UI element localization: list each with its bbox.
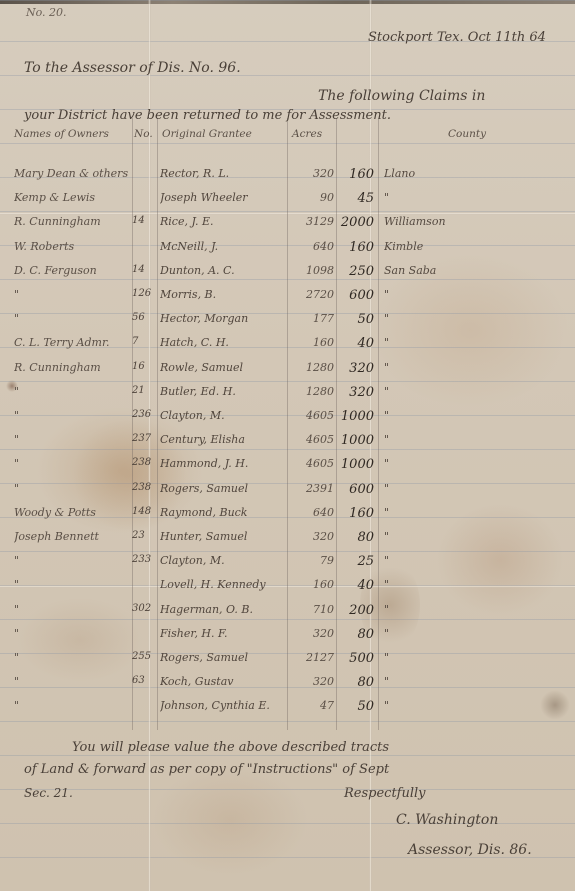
- claim-number: 14: [132, 264, 156, 275]
- valuation: 200: [338, 603, 374, 618]
- county: ": [384, 675, 564, 688]
- acres: 320: [290, 627, 334, 640]
- header-original-grantee: Original Grantee: [162, 128, 252, 140]
- original-grantee: Hammond, J. H.: [160, 457, 290, 470]
- acres: 3129: [290, 215, 334, 228]
- header-owner: Names of Owners: [14, 128, 109, 140]
- county: ": [384, 312, 564, 325]
- claim-number: 148: [132, 506, 156, 517]
- acres: 2127: [290, 651, 334, 664]
- owner-name: C. L. Terry Admr.: [14, 336, 132, 349]
- owner-name: ": [14, 651, 132, 664]
- valuation: 25: [338, 554, 374, 569]
- valuation: 2000: [338, 215, 374, 230]
- owner-name: ": [14, 627, 132, 640]
- valuation: 50: [338, 312, 374, 327]
- county: ": [384, 651, 564, 664]
- claim-number: 16: [132, 361, 156, 372]
- valuation: 80: [338, 627, 374, 642]
- owner-name: ": [14, 699, 132, 712]
- valuation: 45: [338, 191, 374, 206]
- acres: 4605: [290, 409, 334, 422]
- acres: 2720: [290, 288, 334, 301]
- valuation: 160: [338, 167, 374, 182]
- closing-line-3: Sec. 21.: [24, 786, 73, 800]
- claim-number: 7: [132, 336, 156, 347]
- valuation: 500: [338, 651, 374, 666]
- valuation: 40: [338, 578, 374, 593]
- original-grantee: McNeill, J.: [160, 240, 290, 253]
- claim-number: 238: [132, 457, 156, 468]
- acres: 160: [290, 336, 334, 349]
- owner-name: R. Cunningham: [14, 215, 132, 228]
- acres: 1280: [290, 361, 334, 374]
- valuation: 250: [338, 264, 374, 279]
- original-grantee: Raymond, Buck: [160, 506, 290, 519]
- original-grantee: Hector, Morgan: [160, 312, 290, 325]
- original-grantee: Lovell, H. Kennedy: [160, 578, 290, 591]
- original-grantee: Rogers, Samuel: [160, 651, 290, 664]
- intro-line-1: The following Claims in: [318, 88, 485, 104]
- intro-line-2: your District have been returned to me f…: [24, 108, 391, 123]
- owner-name: ": [14, 675, 132, 688]
- valuation: 320: [338, 361, 374, 376]
- signature: C. Washington: [396, 812, 498, 828]
- owner-name: ": [14, 288, 132, 301]
- salutation: To the Assessor of Dis. No. 96.: [24, 60, 241, 76]
- original-grantee: Rogers, Samuel: [160, 482, 290, 495]
- valuation: 80: [338, 530, 374, 545]
- original-grantee: Butler, Ed. H.: [160, 385, 290, 398]
- acres: 160: [290, 578, 334, 591]
- county: Kimble: [384, 240, 564, 253]
- owner-name: D. C. Ferguson: [14, 264, 132, 277]
- owner-name: W. Roberts: [14, 240, 132, 253]
- original-grantee: Century, Elisha: [160, 433, 290, 446]
- original-grantee: Morris, B.: [160, 288, 290, 301]
- county: ": [384, 433, 564, 446]
- acres: 710: [290, 603, 334, 616]
- owner-name: ": [14, 385, 132, 398]
- original-grantee: Dunton, A. C.: [160, 264, 290, 277]
- county: ": [384, 409, 564, 422]
- original-grantee: Hagerman, O. B.: [160, 603, 290, 616]
- acres: 640: [290, 506, 334, 519]
- header-no: No.: [134, 128, 153, 140]
- claim-number: 238: [132, 482, 156, 493]
- owner-name: R. Cunningham: [14, 361, 132, 374]
- dateline: Stockport Tex. Oct 11th 64: [368, 30, 546, 45]
- county: ": [384, 578, 564, 591]
- county: ": [384, 482, 564, 495]
- valuation: 1000: [338, 433, 374, 448]
- acres: 4605: [290, 433, 334, 446]
- county: ": [384, 191, 564, 204]
- original-grantee: Koch, Gustav: [160, 675, 290, 688]
- county: Williamson: [384, 215, 564, 228]
- valuation: 50: [338, 699, 374, 714]
- original-grantee: Rowle, Samuel: [160, 361, 290, 374]
- owner-name: ": [14, 554, 132, 567]
- county: ": [384, 385, 564, 398]
- header-county: County: [448, 128, 486, 140]
- original-grantee: Rice, J. E.: [160, 215, 290, 228]
- signer-title: Assessor, Dis. 86.: [408, 842, 532, 858]
- table-row: "Johnson, Cynthia E.4750": [0, 699, 575, 729]
- respectfully: Respectfully: [344, 786, 426, 801]
- county: ": [384, 457, 564, 470]
- closing-line-1: You will please value the above describe…: [72, 740, 389, 755]
- owner-name: ": [14, 312, 132, 325]
- original-grantee: Clayton, M.: [160, 554, 290, 567]
- valuation: 1000: [338, 409, 374, 424]
- claim-number: 56: [132, 312, 156, 323]
- acres: 320: [290, 675, 334, 688]
- county: ": [384, 699, 564, 712]
- document-number: No. 20.: [26, 6, 67, 19]
- owner-name: Mary Dean & others: [14, 167, 132, 180]
- original-grantee: Clayton, M.: [160, 409, 290, 422]
- acres: 320: [290, 530, 334, 543]
- valuation: 600: [338, 288, 374, 303]
- county: ": [384, 336, 564, 349]
- original-grantee: Joseph Wheeler: [160, 191, 290, 204]
- acres: 90: [290, 191, 334, 204]
- acres: 47: [290, 699, 334, 712]
- valuation: 80: [338, 675, 374, 690]
- owner-name: ": [14, 433, 132, 446]
- owner-name: ": [14, 409, 132, 422]
- county: San Saba: [384, 264, 564, 277]
- acres: 79: [290, 554, 334, 567]
- header-acres: Acres: [292, 128, 322, 140]
- original-grantee: Fisher, H. F.: [160, 627, 290, 640]
- claim-number: 126: [132, 288, 156, 299]
- original-grantee: Johnson, Cynthia E.: [160, 699, 290, 712]
- owner-name: Kemp & Lewis: [14, 191, 132, 204]
- county: ": [384, 361, 564, 374]
- acres: 320: [290, 167, 334, 180]
- county: ": [384, 554, 564, 567]
- claim-number: 255: [132, 651, 156, 662]
- acres: 1098: [290, 264, 334, 277]
- claim-number: 236: [132, 409, 156, 420]
- valuation: 320: [338, 385, 374, 400]
- owner-name: ": [14, 578, 132, 591]
- owner-name: ": [14, 482, 132, 495]
- original-grantee: Hatch, C. H.: [160, 336, 290, 349]
- valuation: 40: [338, 336, 374, 351]
- county: ": [384, 603, 564, 616]
- acres: 1280: [290, 385, 334, 398]
- owner-name: Woody & Potts: [14, 506, 132, 519]
- acres: 4605: [290, 457, 334, 470]
- county: ": [384, 530, 564, 543]
- valuation: 1000: [338, 457, 374, 472]
- county: ": [384, 288, 564, 301]
- county: ": [384, 627, 564, 640]
- valuation: 160: [338, 506, 374, 521]
- claim-number: 21: [132, 385, 156, 396]
- acres: 640: [290, 240, 334, 253]
- valuation: 160: [338, 240, 374, 255]
- owner-name: Joseph Bennett: [14, 530, 132, 543]
- original-grantee: Rector, R. L.: [160, 167, 290, 180]
- county: Llano: [384, 167, 564, 180]
- claim-number: 14: [132, 215, 156, 226]
- owner-name: ": [14, 603, 132, 616]
- closing-line-2: of Land & forward as per copy of "Instru…: [24, 762, 389, 777]
- claim-number: 233: [132, 554, 156, 565]
- claim-number: 63: [132, 675, 156, 686]
- claim-number: 302: [132, 603, 156, 614]
- claim-number: 237: [132, 433, 156, 444]
- valuation: 600: [338, 482, 374, 497]
- original-grantee: Hunter, Samuel: [160, 530, 290, 543]
- document-sheet: No. 20. Stockport Tex. Oct 11th 64 To th…: [0, 0, 575, 891]
- claim-number: 23: [132, 530, 156, 541]
- owner-name: ": [14, 457, 132, 470]
- county: ": [384, 506, 564, 519]
- acres: 2391: [290, 482, 334, 495]
- acres: 177: [290, 312, 334, 325]
